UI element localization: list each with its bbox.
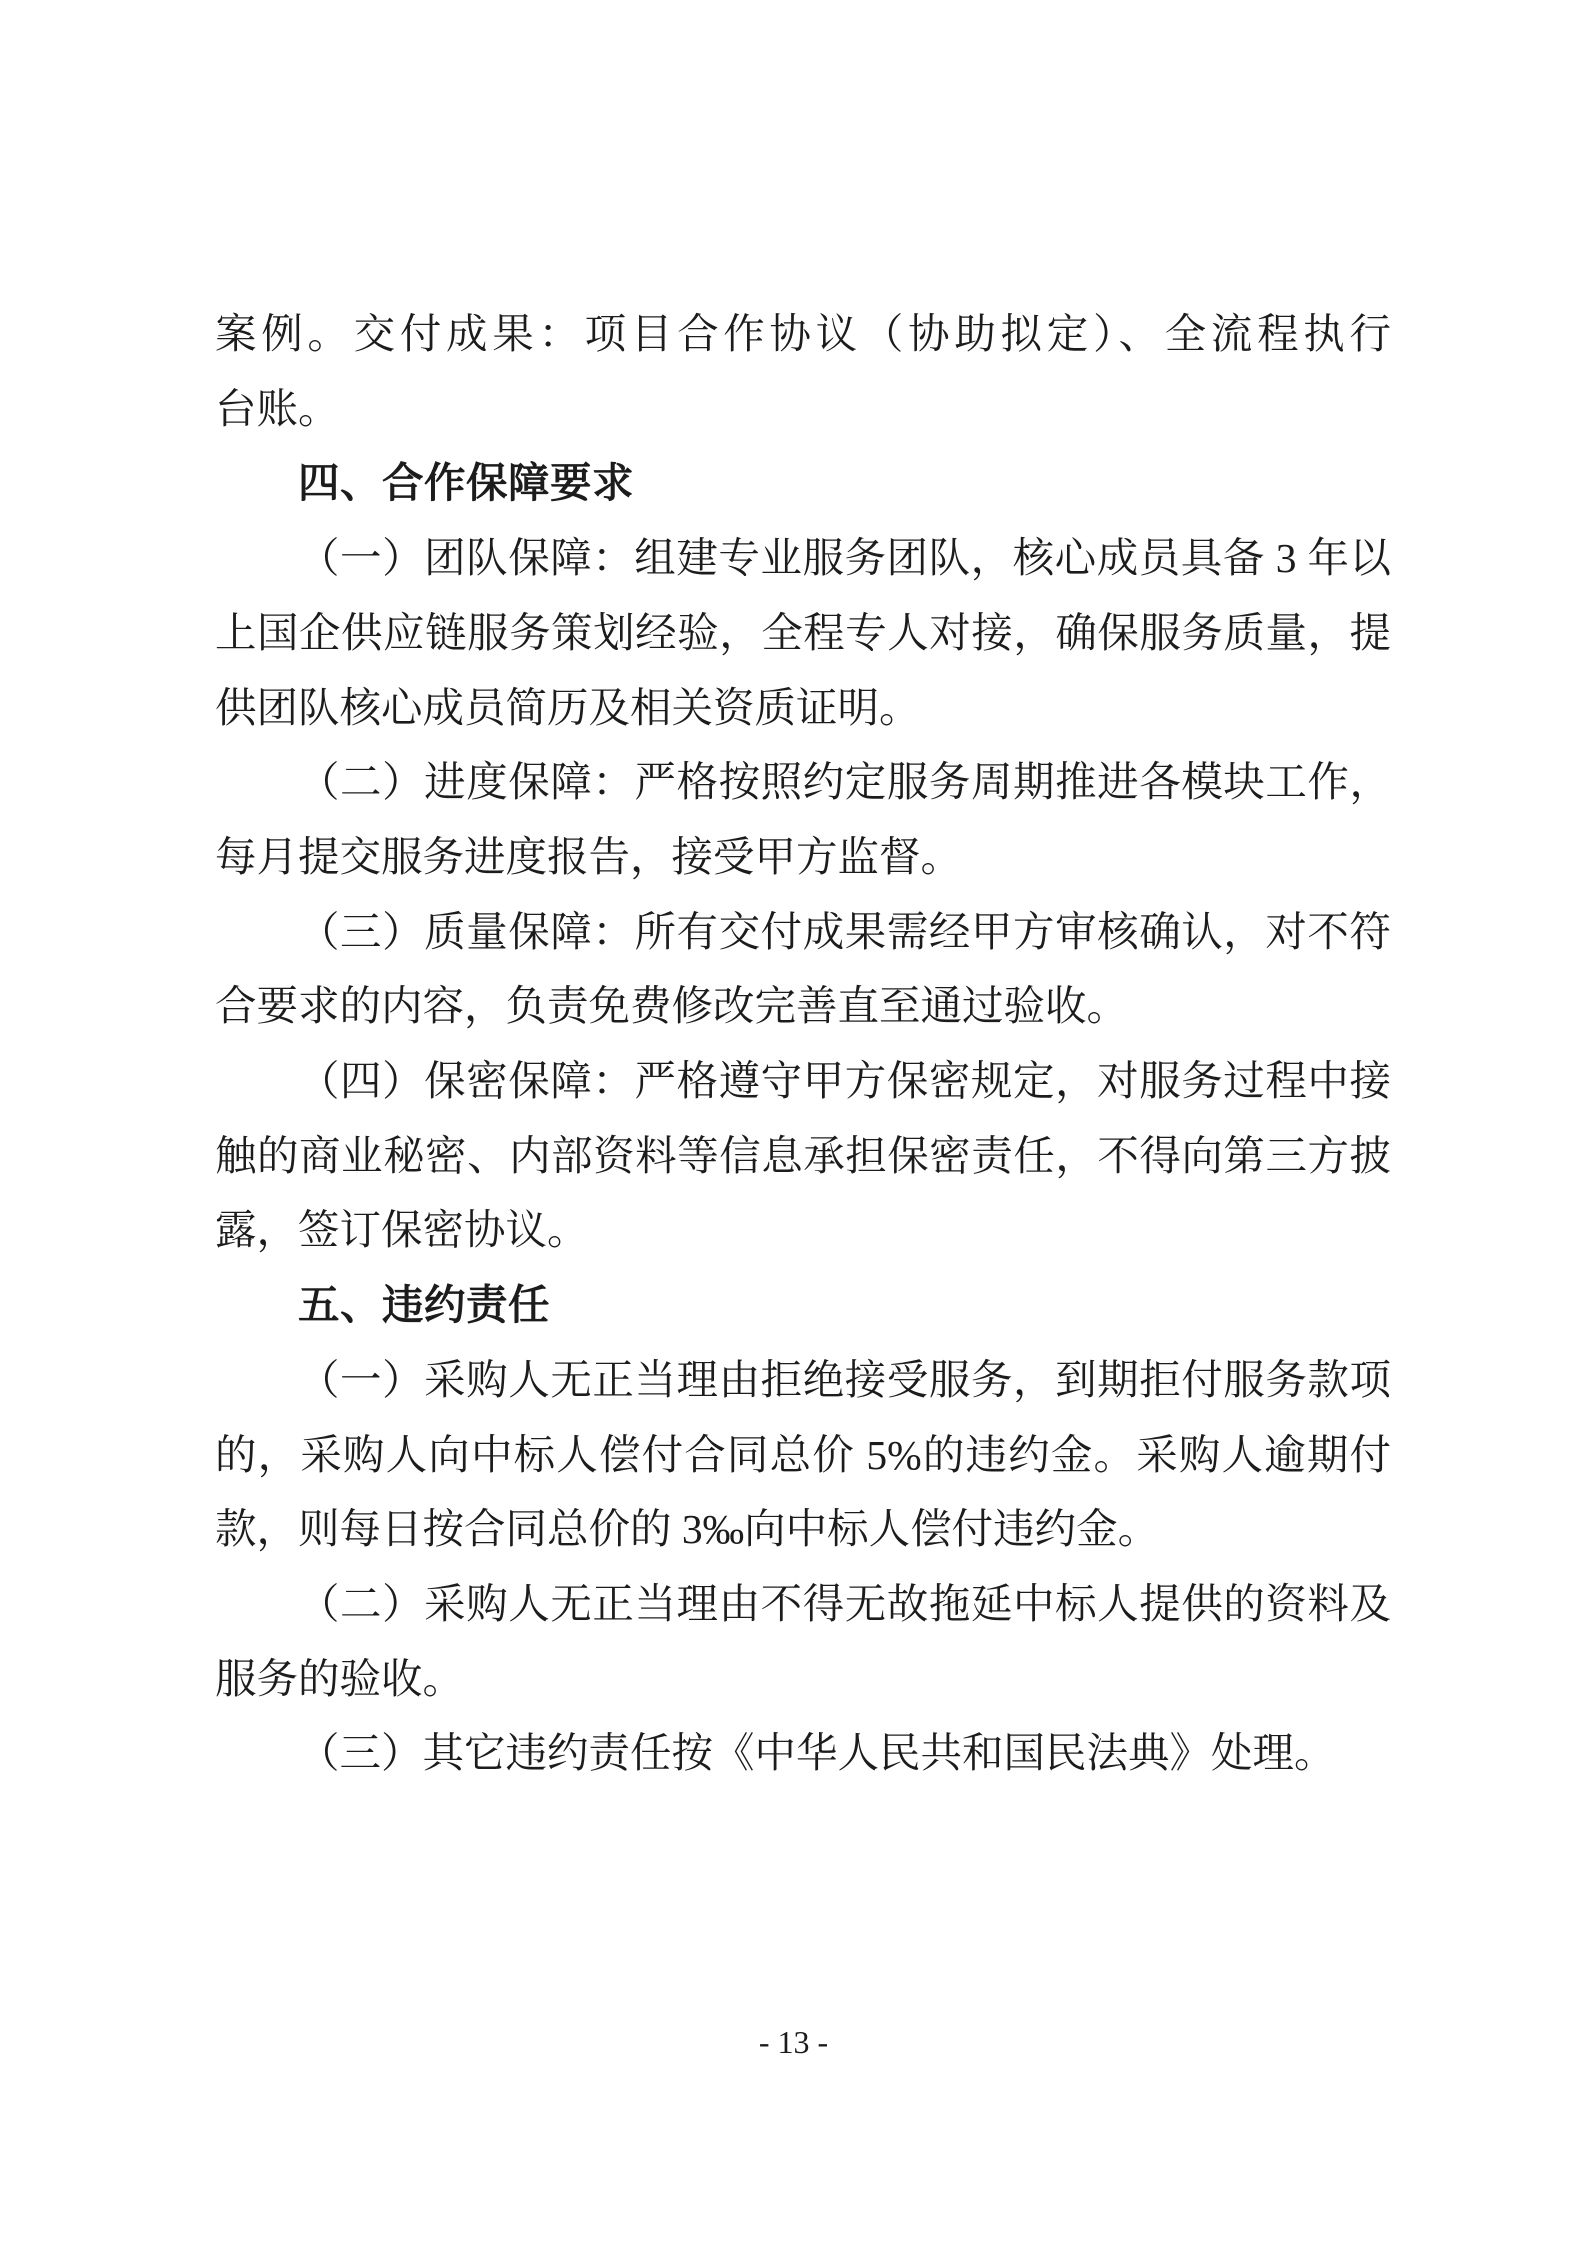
text-line: 上国企供应链服务策划经验，全程专人对接，确保服务质量，提 (215, 596, 1391, 671)
paragraph: （三）质量保障：所有交付成果需经甲方审核确认，对不符合要求的内容，负责免费修改完… (215, 895, 1391, 1044)
text-line: （三）其它违约责任按《中华人民共和国民法典》处理。 (215, 1716, 1391, 1791)
text-line: 每月提交服务进度报告，接受甲方监督。 (215, 820, 1391, 895)
text-line: 五、违约责任 (215, 1268, 1391, 1343)
text-line: 的，采购人向中标人偿付合同总价 5%的违约金。采购人逾期付 (215, 1418, 1391, 1493)
text-line: 露，签订保密协议。 (215, 1193, 1391, 1268)
text-line: （一）采购人无正当理由拒绝接受服务，到期拒付服务款项 (215, 1343, 1391, 1418)
paragraph: （一）采购人无正当理由拒绝接受服务，到期拒付服务款项的，采购人向中标人偿付合同总… (215, 1343, 1391, 1567)
paragraph: 案例。交付成果：项目合作协议（协助拟定）、全流程执行台账。 (215, 297, 1391, 446)
document-body: 案例。交付成果：项目合作协议（协助拟定）、全流程执行台账。四、合作保障要求（一）… (215, 297, 1391, 1791)
document-page: 案例。交付成果：项目合作协议（协助拟定）、全流程执行台账。四、合作保障要求（一）… (0, 0, 1587, 2245)
text-line: 触的商业秘密、内部资料等信息承担保密责任，不得向第三方披 (215, 1119, 1391, 1194)
page-number: - 13 - (0, 2022, 1587, 2062)
paragraph: （二）采购人无正当理由不得无故拖延中标人提供的资料及服务的验收。 (215, 1567, 1391, 1716)
text-line: 案例。交付成果：项目合作协议（协助拟定）、全流程执行 (215, 297, 1391, 372)
text-line: 台账。 (215, 372, 1391, 447)
section-heading: 五、违约责任 (215, 1268, 1391, 1343)
text-line: 供团队核心成员简历及相关资质证明。 (215, 671, 1391, 746)
paragraph: （四）保密保障：严格遵守甲方保密规定，对服务过程中接触的商业秘密、内部资料等信息… (215, 1044, 1391, 1268)
paragraph: （二）进度保障：严格按照约定服务周期推进各模块工作，每月提交服务进度报告，接受甲… (215, 745, 1391, 894)
text-line: （四）保密保障：严格遵守甲方保密规定，对服务过程中接 (215, 1044, 1391, 1119)
text-line: （三）质量保障：所有交付成果需经甲方审核确认，对不符 (215, 895, 1391, 970)
paragraph: （三）其它违约责任按《中华人民共和国民法典》处理。 (215, 1716, 1391, 1791)
text-line: 款，则每日按合同总价的 3‰向中标人偿付违约金。 (215, 1492, 1391, 1567)
text-line: （一）团队保障：组建专业服务团队，核心成员具备 3 年以 (215, 521, 1391, 596)
text-line: 合要求的内容，负责免费修改完善直至通过验收。 (215, 969, 1391, 1044)
text-line: 四、合作保障要求 (215, 446, 1391, 521)
text-line: （二）采购人无正当理由不得无故拖延中标人提供的资料及 (215, 1567, 1391, 1642)
section-heading: 四、合作保障要求 (215, 446, 1391, 521)
paragraph: （一）团队保障：组建专业服务团队，核心成员具备 3 年以上国企供应链服务策划经验… (215, 521, 1391, 745)
text-line: （二）进度保障：严格按照约定服务周期推进各模块工作， (215, 745, 1391, 820)
text-line: 服务的验收。 (215, 1642, 1391, 1717)
